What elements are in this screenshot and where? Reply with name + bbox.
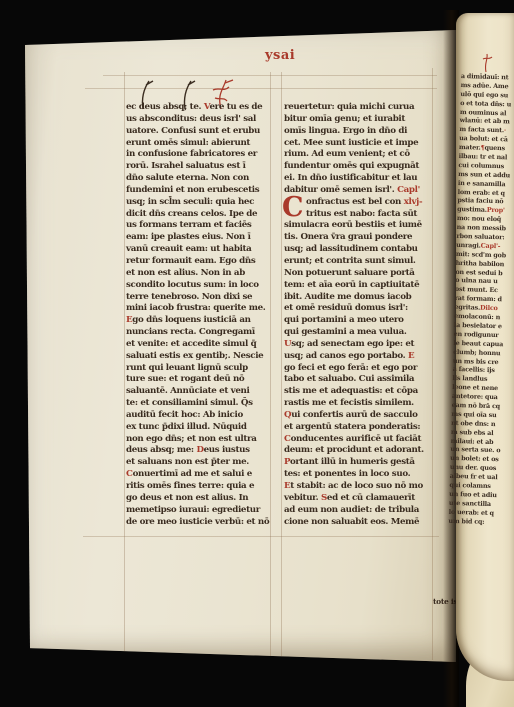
text-line: et venite: et accedite simul q̄: [126, 339, 270, 351]
chapter-initial: C: [282, 195, 304, 219]
ruling-line: [83, 536, 439, 537]
text-line: Conuertimī ad me et salui e: [126, 469, 270, 481]
running-title: ysai: [265, 48, 295, 63]
text-line: vebitur. Sed et cū clamauerīt: [284, 493, 434, 505]
text-line: in confusione fabricatores er: [126, 149, 270, 161]
text-line: erunt omēs simul: abierunt: [126, 138, 270, 150]
text-line: fundentur omēs qui expugnāt: [284, 161, 434, 173]
text-line: tabo et saluabo. Cui assimila: [284, 374, 434, 386]
text-line: omīs lingua. Ergo in dn̄o di: [284, 126, 434, 138]
text-line: uatore. Confusi sunt et erubu: [126, 126, 270, 138]
text-line: Non potuerunt saluare portā: [284, 268, 434, 280]
text-line: auditū fecit hoc: Ab inicio: [126, 410, 270, 422]
text-line: onfractus est bel con xlvj-: [284, 197, 434, 209]
penwork-flourish: [476, 53, 496, 73]
ruling-line: [103, 75, 437, 76]
text-line: deum: et procidunt et adorant.: [284, 445, 434, 457]
text-line: terre tenebroso. Non dixi se: [126, 292, 270, 304]
text-line: Qui confertis aurū de sacculo: [284, 410, 434, 422]
text-line: simulacra eorū bestiis et iumē: [284, 220, 434, 232]
text-line: cet. Mee sunt iusticie et impe: [284, 138, 434, 150]
text-line: Ego dn̄s loquens iusticiā an: [126, 315, 270, 327]
text-line: usq; in scl̄m seculi: quia hec: [126, 197, 270, 209]
text-line: tritus est nabo: facta sūt: [284, 209, 434, 221]
text-column-right: reuertetur: quia michi curuabitur omīa g…: [284, 102, 434, 528]
text-line: et non est alius. Non in ab: [126, 268, 270, 280]
text-line: saluantē. Annūciate et veni: [126, 386, 270, 398]
text-line: fundemini et non erubescetis: [126, 185, 270, 197]
text-line: rastis me et fecistis similem.: [284, 398, 434, 410]
text-line: go feci et ego ferā: et ego por: [284, 363, 434, 375]
text-line: et omē residuū domus isrl':: [284, 303, 434, 315]
text-line: mini iacob frustra: querite me.: [126, 303, 270, 315]
text-line: et argentū statera ponderatis:: [284, 422, 434, 434]
text-line: runt qui leuant lignū sculp: [126, 363, 270, 375]
text-line: ex tunc p̄dixi illud. Nūquid: [126, 422, 270, 434]
text-line: deus absq; me: Deus iustus: [126, 445, 270, 457]
text-line: reuertetur: quia michi curua: [284, 102, 434, 114]
text-line: dn̄o salute eterna. Non con: [126, 173, 270, 185]
text-line: Conducentes aurificē ut faciāt: [284, 434, 434, 446]
text-line: go deus et non est alius. In: [126, 493, 270, 505]
text-column-left: ec deus absq; te. Vere tu es deus abscon…: [126, 102, 270, 528]
text-line: us formans terram et faciēs: [126, 220, 270, 232]
text-line: retur formauit eam. Ego dn̄s: [126, 256, 270, 268]
text-line: vanū creauit eam: ut habita: [126, 244, 270, 256]
text-line: cione non saluabit eos. Memē: [284, 517, 434, 529]
text-line: qui portamini a meo utero: [284, 315, 434, 327]
text-line: Portant illū in humeris gestā: [284, 457, 434, 469]
text-line: memetipso iuraui: egredietur: [126, 505, 270, 517]
text-line: ec deus absq; te. Vere tu es de: [126, 102, 270, 114]
text-line: et saluans non est p̄ter me.: [126, 457, 270, 469]
text-line: tis. Onera v̄ra graui pondere: [284, 232, 434, 244]
text-line: rium. Ad eum venient; et cō: [284, 149, 434, 161]
text-line: erunt; et contrita sunt simul.: [284, 256, 434, 268]
text-line: de ore meo iusticie verbū: et nō: [126, 517, 270, 529]
text-line: ritis omēs fines terre: quia e: [126, 481, 270, 493]
manuscript-page: ysai ec deus absq; te. Vere tu es deus a…: [25, 30, 456, 662]
text-line: Usq; ad senectam ego ipe: et: [284, 339, 434, 351]
text-line: dabitur omē semen isrl'. Capl': [284, 185, 434, 197]
text-line: ture sue: et rogant deū nō: [126, 374, 270, 386]
ruling-line: [281, 72, 282, 660]
text-line: ei. In dn̄o iustificabitur et lau: [284, 173, 434, 185]
text-line: saluati estis ex gentib;. Nescie: [126, 351, 270, 363]
ruling-line: [270, 72, 271, 660]
text-line: tem: et aīa eorū in captiuitatē: [284, 280, 434, 292]
text-line: eam: ipe plastes eius. Non ī: [126, 232, 270, 244]
text-line: scondito locutus sum: in loco: [126, 280, 270, 292]
text-line: stis me et adequastis: et cōpa: [284, 386, 434, 398]
text-line: tes: et ponentes in loco suo.: [284, 469, 434, 481]
facing-page-edge: a dimīdauī: ntms adūe. Ameulō qui ego su…: [456, 13, 514, 681]
text-line: bitur omīa genu; et iurabit: [284, 114, 434, 126]
text-line: usq; ad lassitudinem contabu: [284, 244, 434, 256]
text-line: qui gestamini a mea vulua.: [284, 327, 434, 339]
text-line: non ego dn̄s; et non est ultra: [126, 434, 270, 446]
text-fragment: um bid cq:: [448, 516, 504, 526]
facing-text-fragments: a dimīdauī: ntms adūe. Ameulō qui ego su…: [448, 72, 514, 527]
text-line: nuncians recta. Congregamī: [126, 327, 270, 339]
manuscript-photo: ysai ec deus absq; te. Vere tu es deus a…: [0, 0, 514, 707]
text-line: ibit. Audite me domus iacob: [284, 292, 434, 304]
text-line: rorū. Israhel saluatus est ī: [126, 161, 270, 173]
ruling-line: [124, 72, 125, 658]
text-line: te: et consiliamini simul. Q̄s: [126, 398, 270, 410]
text-line: dicit dn̄s creans celos. Ipe de: [126, 209, 270, 221]
text-line: us absconditus: deus isrl' sal: [126, 114, 270, 126]
text-line: Et stabit: ac de loco suo nō mo: [284, 481, 434, 493]
text-line: ad eum non audiet: de tribula: [284, 505, 434, 517]
text-line: usq; ad canos ego portabo. E: [284, 351, 434, 363]
